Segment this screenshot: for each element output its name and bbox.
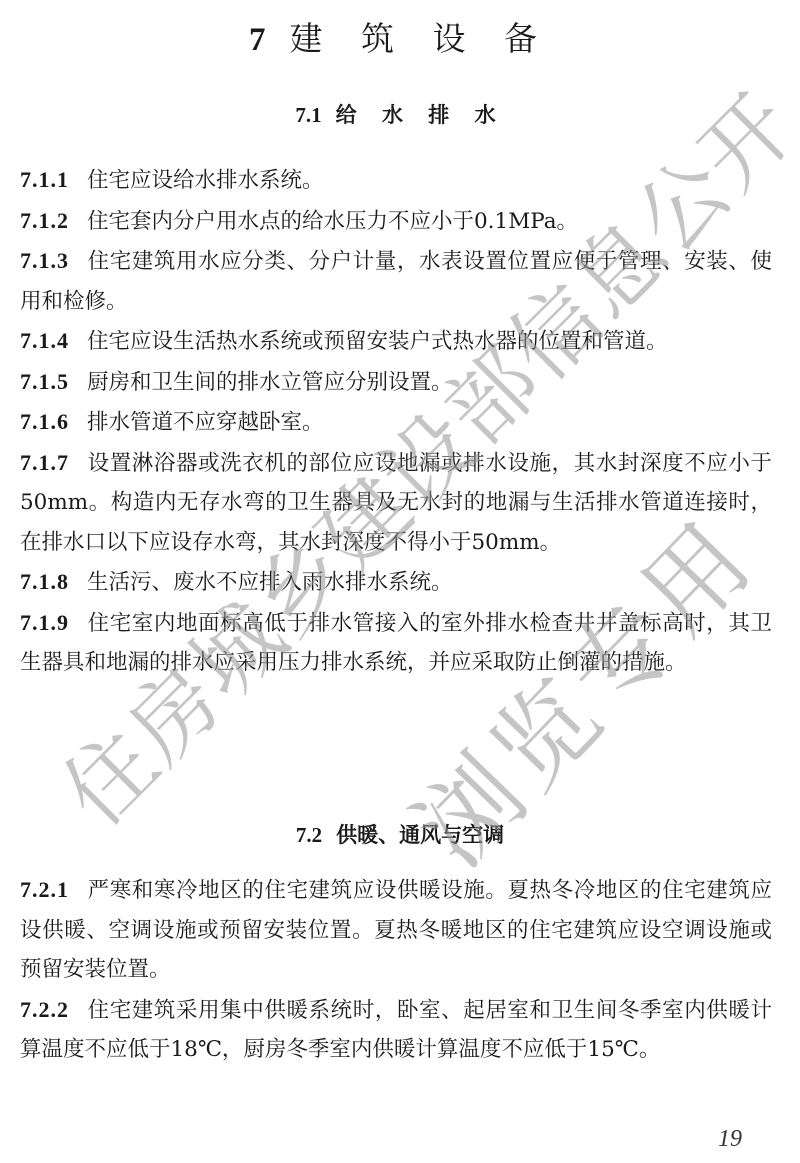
clause-text: 设置淋浴器或洗衣机的部位应设地漏或排水设施，其水封深度不应小于50mm。构造内无…	[20, 451, 772, 555]
clause-7-1-1: 7.1.1住宅应设给水排水系统。	[20, 160, 772, 201]
clause-number: 7.1.2	[20, 208, 69, 233]
section-7-2-clauses: 7.2.1严寒和寒冷地区的住宅建筑应设供暖设施。夏热冬冷地区的住宅建筑应设供暖、…	[20, 870, 772, 1070]
section-title-7-2: 7.2供暖、通风与空调	[0, 820, 800, 850]
section-title-text: 给 水 排 水	[336, 103, 505, 127]
clause-7-1-5: 7.1.5厨房和卫生间的排水立管应分别设置。	[20, 362, 772, 403]
page-number: 19	[718, 1126, 742, 1153]
clause-number: 7.1.1	[20, 167, 69, 192]
chapter-title: 7建 筑 设 备	[0, 14, 800, 65]
clause-7-1-3: 7.1.3住宅建筑用水应分类、分户计量，水表设置位置应便于管理、安装、使用和检修…	[20, 241, 772, 321]
section-number: 7.2	[296, 823, 322, 847]
clause-number: 7.1.5	[20, 369, 69, 394]
clause-text: 生活污、废水不应排入雨水排水系统。	[87, 570, 453, 595]
clause-7-1-2: 7.1.2住宅套内分户用水点的给水压力不应小于0.1MPa。	[20, 201, 772, 242]
chapter-number: 7	[249, 22, 268, 58]
clause-text: 住宅建筑采用集中供暖系统时，卧室、起居室和卫生间冬季室内供暖计算温度不应低于18…	[20, 998, 772, 1063]
clause-text: 住宅套内分户用水点的给水压力不应小于0.1MPa。	[87, 209, 578, 234]
clause-text: 住宅室内地面标高低于排水管接入的室外排水检查井井盖标高时，其卫生器具和地漏的排水…	[20, 611, 772, 676]
section-title-text: 供暖、通风与空调	[336, 823, 504, 847]
clause-7-2-1: 7.2.1严寒和寒冷地区的住宅建筑应设供暖设施。夏热冬冷地区的住宅建筑应设供暖、…	[20, 870, 772, 990]
clause-number: 7.1.4	[20, 328, 69, 353]
clause-7-1-6: 7.1.6排水管道不应穿越卧室。	[20, 402, 772, 443]
clause-7-2-2: 7.2.2住宅建筑采用集中供暖系统时，卧室、起居室和卫生间冬季室内供暖计算温度不…	[20, 990, 772, 1070]
clause-7-1-4: 7.1.4住宅应设生活热水系统或预留安装户式热水器的位置和管道。	[20, 321, 772, 362]
clause-text: 住宅建筑用水应分类、分户计量，水表设置位置应便于管理、安装、使用和检修。	[20, 249, 772, 314]
clause-7-1-8: 7.1.8生活污、废水不应排入雨水排水系统。	[20, 562, 772, 603]
clause-number: 7.2.1	[20, 877, 69, 902]
clause-7-1-7: 7.1.7设置淋浴器或洗衣机的部位应设地漏或排水设施，其水封深度不应小于50mm…	[20, 443, 772, 563]
clause-number: 7.1.7	[20, 450, 69, 475]
clause-number: 7.2.2	[20, 997, 69, 1022]
section-number: 7.1	[295, 103, 321, 127]
clause-text: 厨房和卫生间的排水立管应分别设置。	[87, 370, 453, 395]
clause-number: 7.1.8	[20, 569, 69, 594]
clause-text: 排水管道不应穿越卧室。	[87, 410, 324, 435]
clause-text: 严寒和寒冷地区的住宅建筑应设供暖设施。夏热冬冷地区的住宅建筑应设供暖、空调设施或…	[20, 878, 772, 982]
clause-number: 7.1.3	[20, 248, 69, 273]
chapter-title-text: 建 筑 设 备	[290, 19, 551, 58]
clause-number: 7.1.9	[20, 610, 69, 635]
clause-text: 住宅应设给水排水系统。	[87, 168, 324, 193]
clause-number: 7.1.6	[20, 409, 69, 434]
section-title-7-1: 7.1给 水 排 水	[0, 100, 800, 130]
section-7-1-clauses: 7.1.1住宅应设给水排水系统。 7.1.2住宅套内分户用水点的给水压力不应小于…	[20, 160, 772, 683]
document-page: 7建 筑 设 备 7.1给 水 排 水 7.1.1住宅应设给水排水系统。 7.1…	[0, 0, 800, 1163]
clause-7-1-9: 7.1.9住宅室内地面标高低于排水管接入的室外排水检查井井盖标高时，其卫生器具和…	[20, 603, 772, 683]
clause-text: 住宅应设生活热水系统或预留安装户式热水器的位置和管道。	[87, 329, 668, 354]
